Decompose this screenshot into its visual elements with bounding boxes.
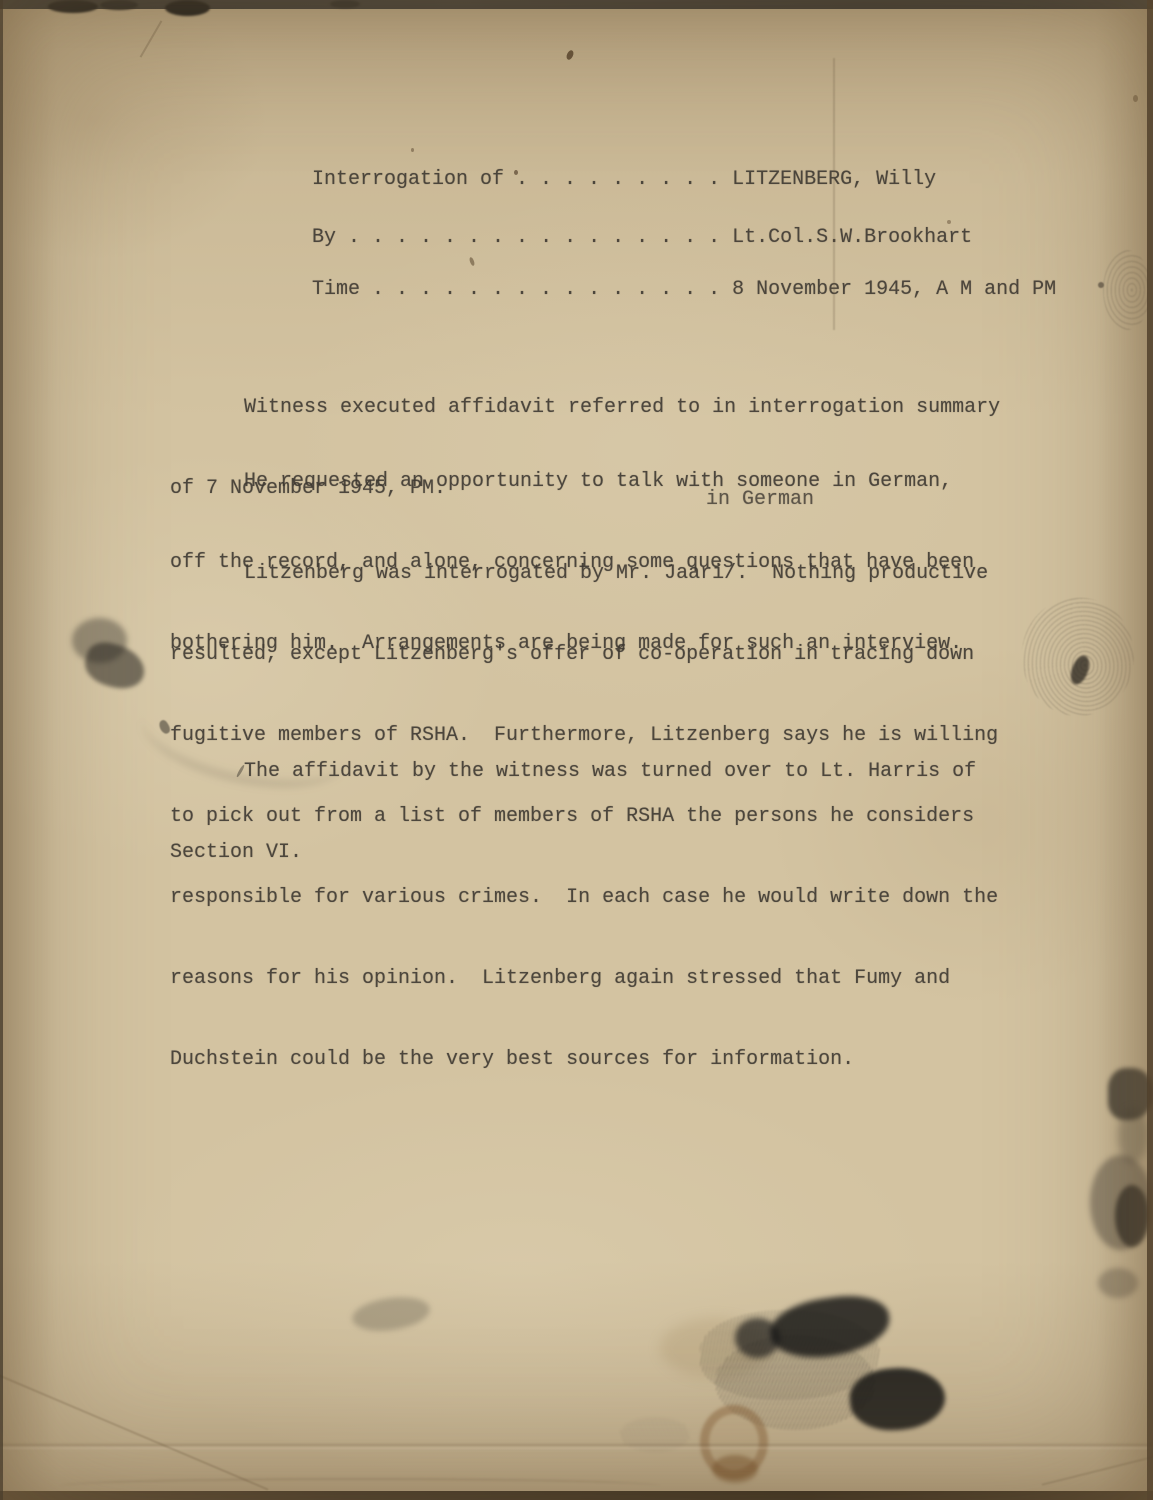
text-line: Litzenberg was interrogated by Mr. Jaari… (170, 560, 1090, 587)
edge-shadow-blob (48, 0, 98, 13)
text-line: Section VI. (170, 839, 1090, 866)
scan-edge-bottom (0, 1491, 1153, 1500)
ink-speck (947, 220, 951, 224)
ink-blot (1115, 1185, 1149, 1247)
leader-dots: . . . . . . . . . . . . . . . . (336, 226, 732, 249)
leader-dots: . . . . . . . . . . . . . . . (360, 278, 732, 301)
faint-smudge (350, 1293, 432, 1336)
crease-line (0, 1447, 1153, 1449)
header-label: By (312, 226, 336, 249)
ink-speck (469, 257, 476, 267)
scan-edge-top (0, 0, 1153, 9)
ink-speck (514, 170, 518, 175)
ink-speck (1133, 95, 1138, 102)
scan-edge-left (0, 0, 3, 1500)
edge-shadow-blob (100, 0, 138, 10)
header-row-by: By. . . . . . . . . . . . . . . .Lt.Col.… (312, 224, 972, 251)
scanned-document-page: Interrogation of. . . . . . . . .LITZENB… (0, 0, 1153, 1500)
header-row-interrogation-of: Interrogation of. . . . . . . . .LITZENB… (312, 166, 936, 193)
header-value-subject-name: LITZENBERG, Willy (732, 168, 936, 191)
ink-speck (565, 49, 575, 61)
text-line: Duchstein could be the very best sources… (170, 1046, 1090, 1073)
crease-line (0, 1444, 1153, 1446)
crease-line (0, 1371, 268, 1490)
edge-shadow-blob (330, 0, 360, 8)
header-value-date: 8 November 1945, A M and PM (732, 278, 1056, 301)
text-line: reasons for his opinion. Litzenberg agai… (170, 965, 1090, 992)
ink-speck (1098, 282, 1104, 288)
header-label: Interrogation of (312, 168, 504, 191)
faint-fingerprint (1103, 250, 1151, 330)
scan-edge-right (1147, 0, 1153, 1500)
text-line: He requested an opportunity to talk with… (170, 468, 1090, 495)
text-line: resulted, except Litzenberg's offer of c… (170, 641, 1090, 668)
crease-line (1042, 1452, 1153, 1485)
ink-speck (411, 148, 414, 152)
leader-dots: . . . . . . . . . (504, 168, 732, 191)
ink-blot (735, 1318, 780, 1358)
ink-smudge (1098, 1268, 1138, 1298)
speckle-smudge (620, 1417, 690, 1452)
header-row-time: Time. . . . . . . . . . . . . . .8 Novem… (312, 276, 1056, 303)
brown-stain (712, 1455, 758, 1483)
ink-smudge (81, 638, 150, 694)
header-label: Time (312, 278, 360, 301)
scratch-mark (140, 20, 163, 57)
edge-shadow-blob (165, 0, 210, 16)
header-value-interrogator: Lt.Col.S.W.Brookhart (732, 226, 972, 249)
